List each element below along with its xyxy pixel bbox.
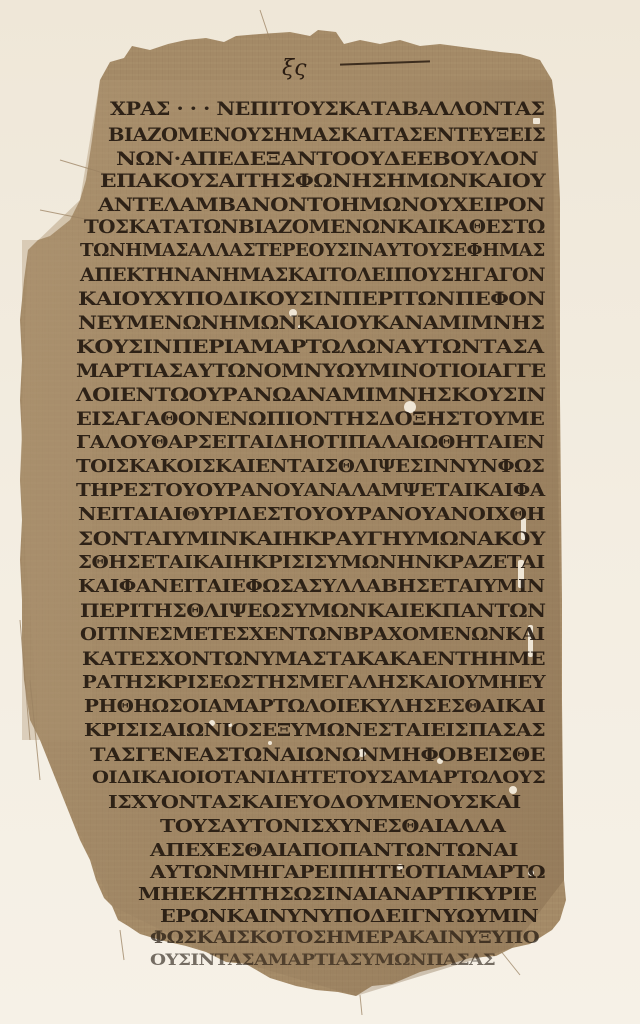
- text-line: ΤΗΡΕΣΤΟΥΟΥΡΑΝΟΥΑΝΑΛΑΜΨΕΤΑΙΚΑΙΦΑ: [76, 480, 545, 501]
- text-line: ΤΟΥΣΑΥΤΟΝΙΣΧΥΝΕΣΘΑΙΑΛΛΑ: [160, 816, 505, 837]
- text-line: ΧΡΑΣ · · · ΝΕΠΙΤΟΥΣΚΑΤΑΒΑΛΛΟΝΤΑΣ: [110, 98, 545, 120]
- text-line: ΒΙΑΖΟΜΕΝΟΥΣΗΜΑΣΚΑΙΤΑΣΕΝΤΕΥΞΕΙΣ: [108, 124, 545, 146]
- text-line: ΚΟΥΣΙΝΠΕΡΙΑΜΑΡΤΩΛΩΝΑΥΤΩΝΤΑΣΑ: [76, 336, 544, 358]
- text-line: ΕΡΩΝΚΑΙΝΥΝΥΠΟΔΕΙΓΝΥΩΥΜΙΝ: [160, 906, 538, 927]
- text-line: ΤΩΝΗΜΑΣΑΛΛΑΣΤΕΡΕΟΥΣΙΝΑΥΤΟΥΣΕΦΗΜΑΣ: [80, 240, 545, 261]
- text-line: ΜΗΕΚΖΗΤΗΣΩΣΙΝΑΙΑΝΑΡΤΙΚΥΡΙΕ: [138, 884, 536, 905]
- text-line: ΠΕΡΙΤΗΣΘΛΙΨΕΩΣΥΜΩΝΚΑΙΕΚΠΑΝΤΩΝ: [80, 600, 546, 622]
- text-line: ΚΑΙΦΑΝΕΙΤΑΙΕΦΩΣΑΣΥΛΛΑΒΗΣΕΤΑΙΥΜΙΝ: [78, 576, 545, 597]
- text-line: ΙΣΧΥΟΝΤΑΣΚΑΙΕΥΟΔΟΥΜΕΝΟΥΣΚΑΙ: [108, 792, 521, 813]
- text-line: ΡΑΤΗΣΚΡΙΣΕΩΣΤΗΣΜΕΓΑΛΗΣΚΑΙΟΥΜΗΕΥ: [82, 672, 545, 693]
- text-line: ΤΟΣΚΑΤΑΤΩΝΒΙΑΖΟΜΕΝΩΝΚΑΙΚΑΘΕΣΤΩ: [84, 216, 545, 238]
- text-line: ΟΙΤΙΝΕΣΜΕΤΕΣΧΕΝΤΩΝΒΡΑΧΟΜΕΝΩΝΚΑΙ: [80, 624, 545, 645]
- text-line: ΡΗΘΗΩΣΟΙΑΜΑΡΤΩΛΟΙΕΚΥΛΗΣΕΣΘΑΙΚΑΙ: [84, 696, 545, 717]
- text-line: ΟΥΣΙΝΤΑΣΑΜΑΡΤΙΑΣΥΜΩΝΠΑΣΑΣ: [150, 950, 495, 969]
- text-line: ΕΠΑΚΟΥΣΑΙΤΗΣΦΩΝΗΣΗΜΩΝΚΑΙΟΥ: [100, 170, 545, 192]
- text-line: ΣΟΝΤΑΙΥΜΙΝΚΑΙΗΚΡΑΥΓΗΥΜΩΝΑΚΟΥ: [78, 528, 545, 550]
- text-line: ΦΩΣΚΑΙΣΚΟΤΟΣΗΜΕΡΑΚΑΙΝΥΞΥΠΟ: [150, 928, 539, 948]
- manuscript-text: ξς ΧΡΑΣ · · · ΝΕΠΙΤΟΥΣΚΑΤΑΒΑΛΛΟΝΤΑΣ ΒΙΑΖ…: [0, 0, 640, 1024]
- text-line: ΚΑΙΟΥΧΥΠΟΔΙΚΟΥΣΙΝΠΕΡΙΤΩΝΠΕΦΟΝ: [78, 288, 545, 310]
- text-line: ΝΩΝ·ΑΠΕΔΕΞΑΝΤΟΟΥΔΕΕΒΟΥΛΟΝ: [116, 148, 538, 170]
- page-number: ξς: [282, 56, 306, 81]
- text-line: ΣΘΗΣΕΤΑΙΚΑΙΗΚΡΙΣΙΣΥΜΩΝΗΝΚΡΑΖΕΤΑΙ: [78, 552, 545, 573]
- text-line: ΑΝΤΕΛΑΜΒΑΝΟΝΤΟΗΜΩΝΟΥΧΕΙΡΟΝ: [98, 194, 545, 216]
- text-line: ΜΑΡΤΙΑΣΑΥΤΩΝΟΜΝΥΩΥΜΙΝΟΤΙΟΙΑΓΓΕ: [76, 360, 546, 382]
- text-line: ΝΕΙΤΑΙΑΙΘΥΡΙΔΕΣΤΟΥΟΥΡΑΝΟΥΑΝΟΙΧΘΗ: [78, 504, 545, 525]
- text-line: ΕΙΣΑΓΑΘΟΝΕΝΩΠΙΟΝΤΗΣΔΟΞΗΣΤΟΥΜΕ: [76, 408, 544, 430]
- text-line: ΚΡΙΣΙΣΑΙΩΝΙΟΣΕΞΥΜΩΝΕΣΤΑΙΕΙΣΠΑΣΑΣ: [84, 720, 545, 741]
- text-line: ΤΟΙΣΚΑΚΟΙΣΚΑΙΕΝΤΑΙΣΘΛΙΨΕΣΙΝΝΥΝΦΩΣ: [76, 456, 544, 477]
- text-line: ΤΑΣΓΕΝΕΑΣΤΩΝΑΙΩΝΩΝΜΗΦΟΒΕΙΣΘΕ: [90, 744, 545, 766]
- text-line: ΟΙΔΙΚΑΙΟΙΟΤΑΝΙΔΗΤΕΤΟΥΣΑΜΑΡΤΩΛΟΥΣ: [92, 768, 545, 788]
- text-line: ΛΟΙΕΝΤΩΟΥΡΑΝΩΑΝΑΜΙΜΝΗΣΚΟΥΣΙΝ: [76, 384, 545, 406]
- text-line: ΚΑΤΕΣΧΟΝΤΩΝΥΜΑΣΤΑΚΑΚΑΕΝΤΗΗΜΕ: [82, 648, 545, 670]
- page-number-stroke: [340, 60, 430, 65]
- text-line: ΑΥΤΩΝΜΗΓΑΡΕΙΠΗΤΕΟΤΙΑΜΑΡΤΩ: [150, 862, 545, 883]
- text-line: ΑΠΕΧΕΣΘΑΙΑΠΟΠΑΝΤΩΝΤΩΝΑΙ: [150, 840, 518, 861]
- text-line: ΑΠΕΚΤΗΝΑΝΗΜΑΣΚΑΙΤΟΛΕΙΠΟΥΣΗΓΑΓΟΝ: [80, 264, 545, 286]
- text-line: ΝΕΥΜΕΝΩΝΗΜΩΝΚΑΙΟΥΚΑΝΑΜΙΜΝΗΣ: [78, 312, 545, 334]
- text-line: ΓΑΛΟΥΘΑΡΣΕΙΤΑΙΔΗΟΤΙΠΑΛΑΙΩΘΗΤΑΙΕΝ: [76, 432, 544, 453]
- photograph: ξς ΧΡΑΣ · · · ΝΕΠΙΤΟΥΣΚΑΤΑΒΑΛΛΟΝΤΑΣ ΒΙΑΖ…: [0, 0, 640, 1024]
